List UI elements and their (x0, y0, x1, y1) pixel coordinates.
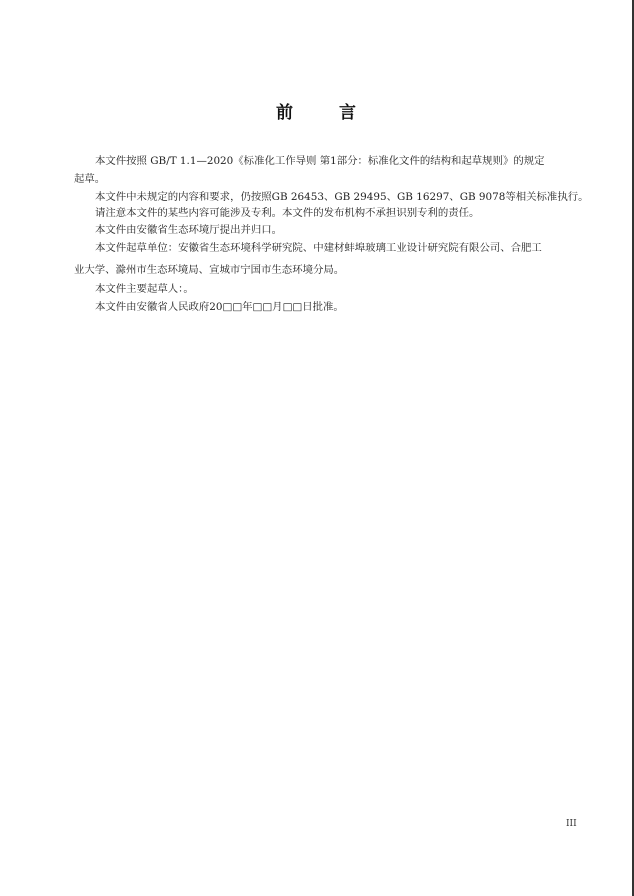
paragraph-format-line-1: 本文件按照 GB/T 1.1—2020《标准化工作导则 第1部分：标准化文件的结… (95, 155, 545, 168)
paragraph-drafting-units-line-1: 本文件起草单位：安徽省生态环境科学研究院、中建材蚌埠玻璃工业设计研究院有限公司、… (95, 242, 542, 255)
paragraph-approval: 本文件由安徽省人民政府20□□年□□月□□日批准。 (95, 301, 344, 314)
paragraph-format-line-2: 起草。 (74, 173, 105, 186)
title-char-2: 言 (339, 98, 358, 123)
paragraph-proposer: 本文件由安徽省生态环境厅提出并归口。 (95, 224, 282, 237)
paragraph-drafting-units-line-2: 业大学、滁州市生态环境局、宣城市宁国市生态环境分局。 (74, 264, 344, 277)
title-char-1: 前 (276, 98, 295, 123)
page-title: 前言 (0, 98, 634, 123)
page-number: III (566, 819, 577, 829)
paragraph-standards: 本文件中未规定的内容和要求，仍按照GB 26453、GB 29495、GB 16… (95, 191, 589, 204)
paragraph-patent: 请注意本文件的某些内容可能涉及专利。本文件的发布机构不承担识别专利的责任。 (95, 207, 479, 220)
paragraph-drafters: 本文件主要起草人：。 (95, 283, 194, 296)
